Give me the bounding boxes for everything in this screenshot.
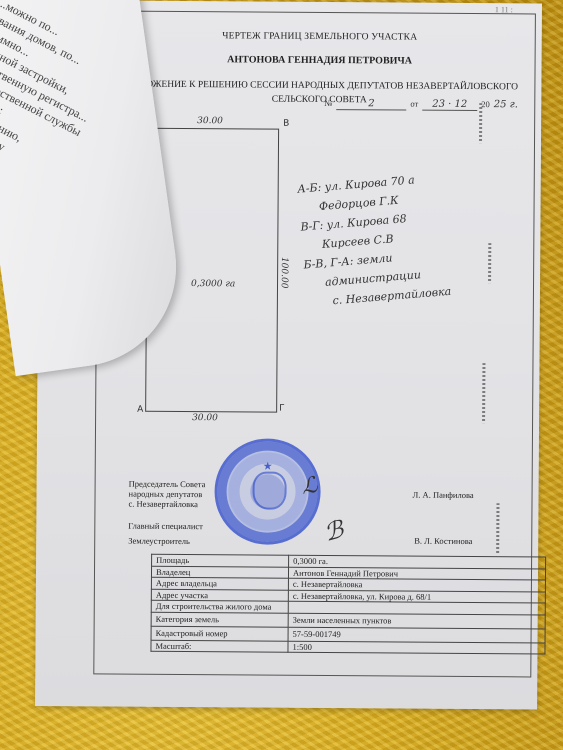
decision-number: 2 [336, 98, 406, 110]
year-suffix: 25 г. [494, 99, 518, 110]
table-row: Масштаб:1:500 [151, 640, 545, 654]
corner-label-v: В [283, 119, 289, 129]
row-label: Для строительства жилого дома [151, 600, 288, 612]
plot-area-label: 0,3000 га [191, 279, 235, 289]
specialist-title: Главный специалист Землеустроитель [128, 519, 203, 550]
row-label: Масштаб: [151, 640, 288, 652]
title-line: Главный специалист [128, 519, 203, 535]
decision-reference: № 2 от 23 · 12 20 25 г. [324, 98, 518, 111]
right-side-length: 100.00 [279, 257, 289, 289]
specialist-name: В. Л. Костинова [414, 536, 472, 546]
bottom-side-length: 30.00 [192, 413, 218, 423]
boundary-notes: А-Б: ул. Кирова 70 а Федорцов Г.К В-Г: у… [297, 164, 507, 313]
title-line: Землеустроитель [128, 534, 203, 550]
row-label: Категория земель [151, 612, 288, 627]
scan-artifact [482, 363, 485, 423]
row-label: Владелец [151, 566, 288, 578]
row-label: Адрес владельца [151, 577, 288, 589]
chairman-name: Л. А. Панфилова [413, 490, 474, 500]
plot-info-table: Площадь0,3000 га.ВладелецАнтонов Геннади… [150, 554, 546, 655]
title-line: с. Незавертайловка [128, 499, 205, 510]
row-value: 1:500 [288, 641, 545, 654]
corner-label-g: Г [279, 404, 285, 414]
coat-of-arms-icon [252, 471, 286, 509]
row-label: Адрес участка [151, 589, 288, 601]
corner-label-a: А [137, 405, 143, 415]
year-prefix: 20 [481, 99, 490, 109]
row-label: Кадастровый номер [151, 626, 288, 641]
number-label: № [324, 98, 332, 108]
row-label: Площадь [152, 554, 289, 566]
title-line: Председатель Совета [129, 479, 206, 490]
chairman-title: Председатель Совета народных депутатов с… [128, 479, 205, 510]
date-label: от [410, 99, 418, 109]
page-marker: 1 11 : [495, 5, 513, 14]
top-side-length: 30.00 [197, 116, 223, 126]
title-line: народных депутатов [129, 489, 206, 500]
scan-artifact [496, 503, 499, 553]
decision-date: 23 · 12 [422, 99, 477, 111]
